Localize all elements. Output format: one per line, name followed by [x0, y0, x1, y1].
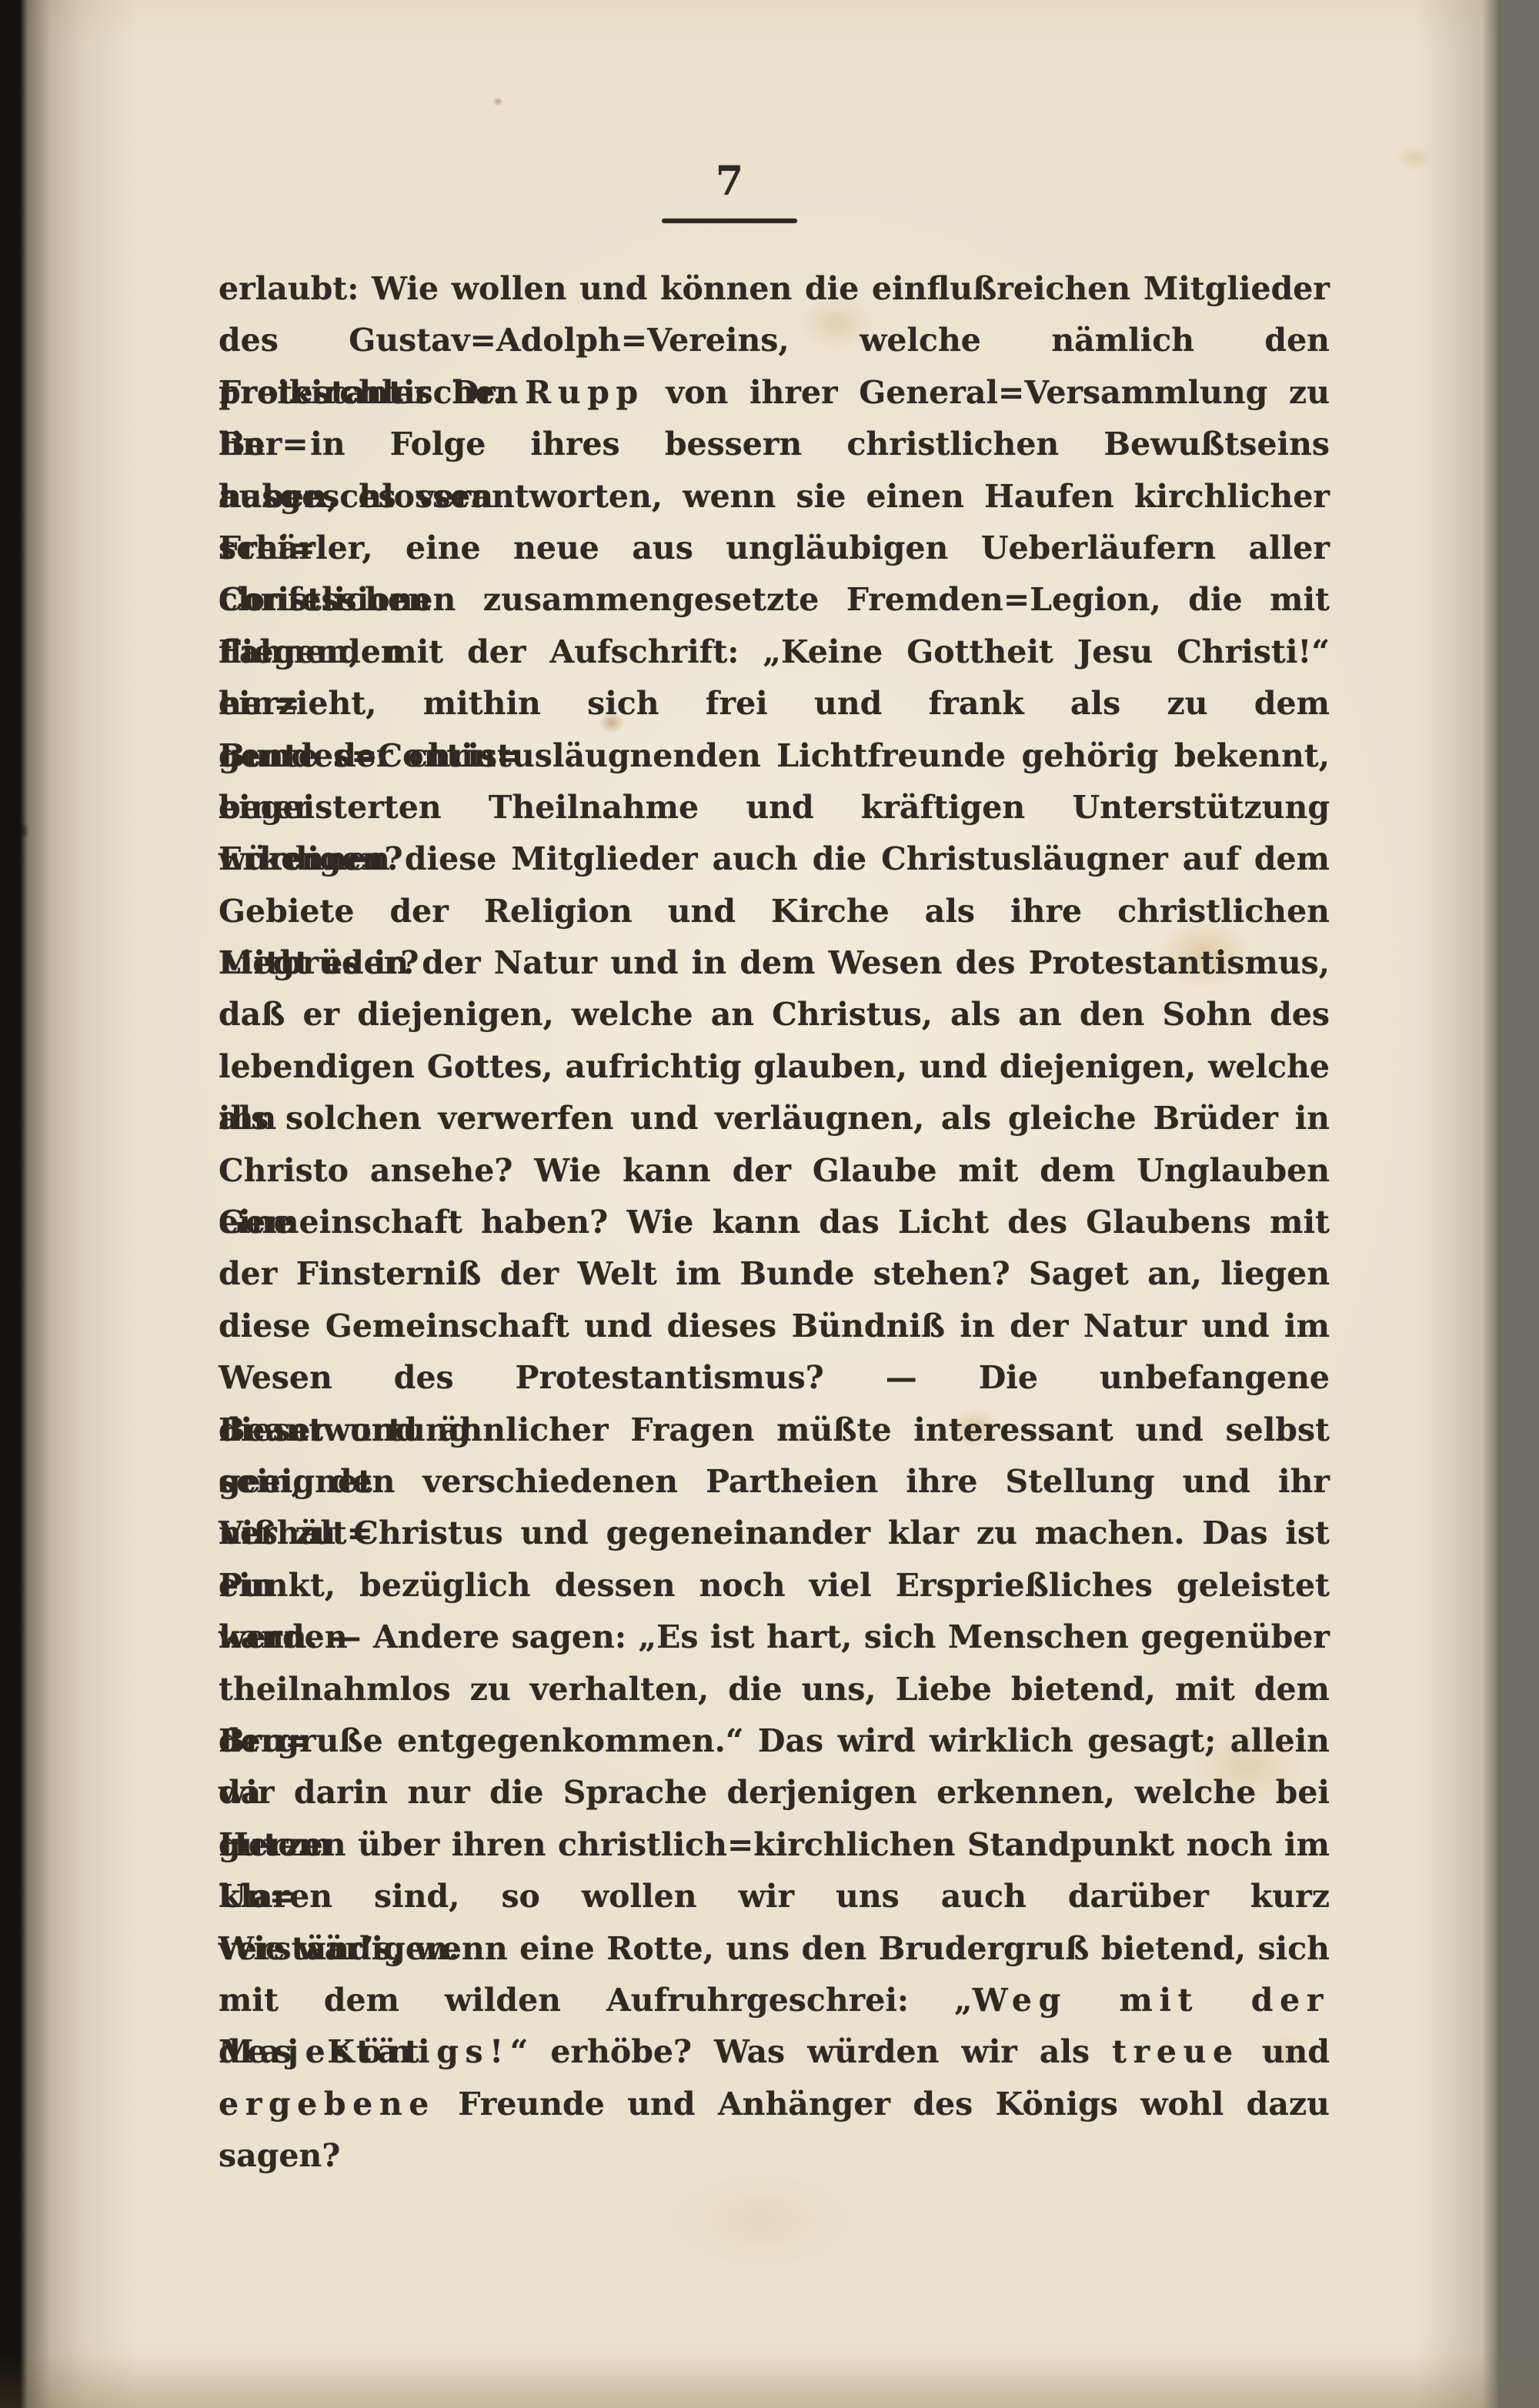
text-line: Punkt, bezüglich dessen noch viel Erspri… — [219, 1560, 1330, 1611]
text-segment: diese Gemeinschaft und dieses Bündniß in… — [219, 1308, 1330, 1344]
paper-stain — [492, 97, 503, 106]
text-line: lebendigen Gottes, aufrichtig glauben, u… — [219, 1041, 1330, 1093]
text-segment: als solchen verwerfen und verläugnen, al… — [219, 1100, 1330, 1137]
text-line: schärler, eine neue aus ungläubigen Uebe… — [219, 523, 1330, 574]
text-line: erlaubt: Wie wollen und können die einfl… — [219, 263, 1330, 315]
text-line: Freikirchler Dr. Rupp von ihrer General=… — [219, 367, 1330, 419]
text-line: Gemeinschaft haben? Wie kann das Licht d… — [219, 1197, 1330, 1248]
text-line: gente der christusläugnenden Lichtfreund… — [219, 730, 1330, 782]
text-line: Herzen über ihren christlich=kirchlichen… — [219, 1819, 1330, 1871]
letterspaced-text: ergebene — [219, 2086, 436, 2122]
text-segment: mit dem wilden Aufruhrgeschrei: „ — [219, 1982, 973, 2019]
text-segment: “ erhöbe? Was würden wir als — [510, 2033, 1112, 2070]
text-line: ergebene Freunde und Anhänger des Königs… — [219, 2079, 1330, 2130]
text-segment: kann. — Andere sagen: „Es ist hart, sich… — [219, 1618, 1330, 1655]
letterspaced-text: des Königs! — [219, 2033, 510, 2070]
scanned-book-page: 7 erlaubt: Wie wollen und können die ein… — [0, 0, 1539, 2408]
text-line: diese Gemeinschaft und dieses Bündniß in… — [219, 1301, 1330, 1352]
text-segment: Gemeinschaft haben? Wie kann das Licht d… — [219, 1204, 1330, 1241]
scan-right-margin — [1416, 0, 1539, 2408]
text-segment: erlaubt: Wie wollen und können die einfl… — [219, 270, 1330, 307]
letterspaced-text: treue — [1112, 2033, 1240, 2070]
text-segment: Liegt es in der Natur und in dem Wesen d… — [219, 944, 1330, 981]
text-line: Christo ansehe? Wie kann der Glaube mit … — [219, 1145, 1330, 1197]
text-line: des Königs!“ erhöbe? Was würden wir als … — [219, 2026, 1330, 2078]
text-line: Fahnen, mit der Aufschrift: „Keine Gotth… — [219, 626, 1330, 678]
text-segment: daß er diejenigen, welche an Christus, a… — [219, 996, 1330, 1033]
text-line: mit dem wilden Aufruhrgeschrei: „Weg mit… — [219, 1975, 1330, 2026]
text-line: begeisterten Theilnahme und kräftigen Un… — [219, 782, 1330, 833]
book-gutter-shadow — [0, 0, 139, 2408]
scan-bottom-shadow — [0, 2354, 1539, 2408]
text-line: lin in Folge ihres bessern christlichen … — [219, 419, 1330, 470]
text-segment: Freikirchler Dr. — [219, 374, 525, 411]
text-segment: der Finsterniß der Welt im Bunde stehen?… — [219, 1255, 1330, 1292]
text-line: kann. — Andere sagen: „Es ist hart, sich… — [219, 1611, 1330, 1663]
text-line: Wesen des Protestantismus? — Die unbefan… — [219, 1352, 1330, 1404]
paper-stain — [662, 2170, 862, 2270]
text-line: dieser und ähnlicher Fragen müßte intere… — [219, 1404, 1330, 1456]
margin-mark — [15, 822, 29, 839]
text-line: der Finsterniß der Welt im Bunde stehen?… — [219, 1248, 1330, 1300]
text-line: theilnahmlos zu verhalten, die uns, Lieb… — [219, 1664, 1330, 1715]
text-line: als solchen verwerfen und verläugnen, al… — [219, 1093, 1330, 1144]
text-line: sein, den verschiedenen Partheien ihre S… — [219, 1456, 1330, 1508]
text-segment: und — [1240, 2033, 1330, 2070]
text-line: herzieht, mithin sich frei und frank als… — [219, 678, 1330, 730]
text-line: Confessionen zusammengesetzte Fremden=Le… — [219, 574, 1330, 626]
text-line: Erkennen diese Mitglieder auch die Chris… — [219, 833, 1330, 885]
paper-stain — [1397, 145, 1432, 171]
text-line: niß zu Christus und gegeneinander klar z… — [219, 1508, 1330, 1559]
page-number-underline — [662, 219, 797, 223]
page-header: 7 — [660, 160, 799, 223]
text-line: daß er diejenigen, welche an Christus, a… — [219, 989, 1330, 1040]
text-line: wir darin nur die Sprache derjenigen erk… — [219, 1767, 1330, 1819]
letterspaced-text: Rupp — [525, 374, 645, 411]
text-line: haben, es verantworten, wenn sie einen H… — [219, 471, 1330, 523]
text-line: dergruße entgegenkommen.“ Das wird wirkl… — [219, 1715, 1330, 1767]
text-segment: Wie wär’s, wenn eine Rotte, uns den Brud… — [219, 1930, 1330, 1967]
text-line: Gebiete der Religion und Kirche als ihre… — [219, 886, 1330, 937]
text-line: Wie wär’s, wenn eine Rotte, uns den Brud… — [219, 1923, 1330, 1975]
text-segment: Erkennen diese Mitglieder auch die Chris… — [219, 840, 1330, 877]
text-line: des Gustav=Adolph=Vereins, welche nämlic… — [219, 315, 1330, 366]
page-number: 7 — [660, 160, 799, 203]
text-line: Liegt es in der Natur und in dem Wesen d… — [219, 937, 1330, 989]
text-line: klaren sind, so wollen wir uns auch darü… — [219, 1871, 1330, 1922]
page-text: erlaubt: Wie wollen und können die einfl… — [219, 263, 1330, 2130]
